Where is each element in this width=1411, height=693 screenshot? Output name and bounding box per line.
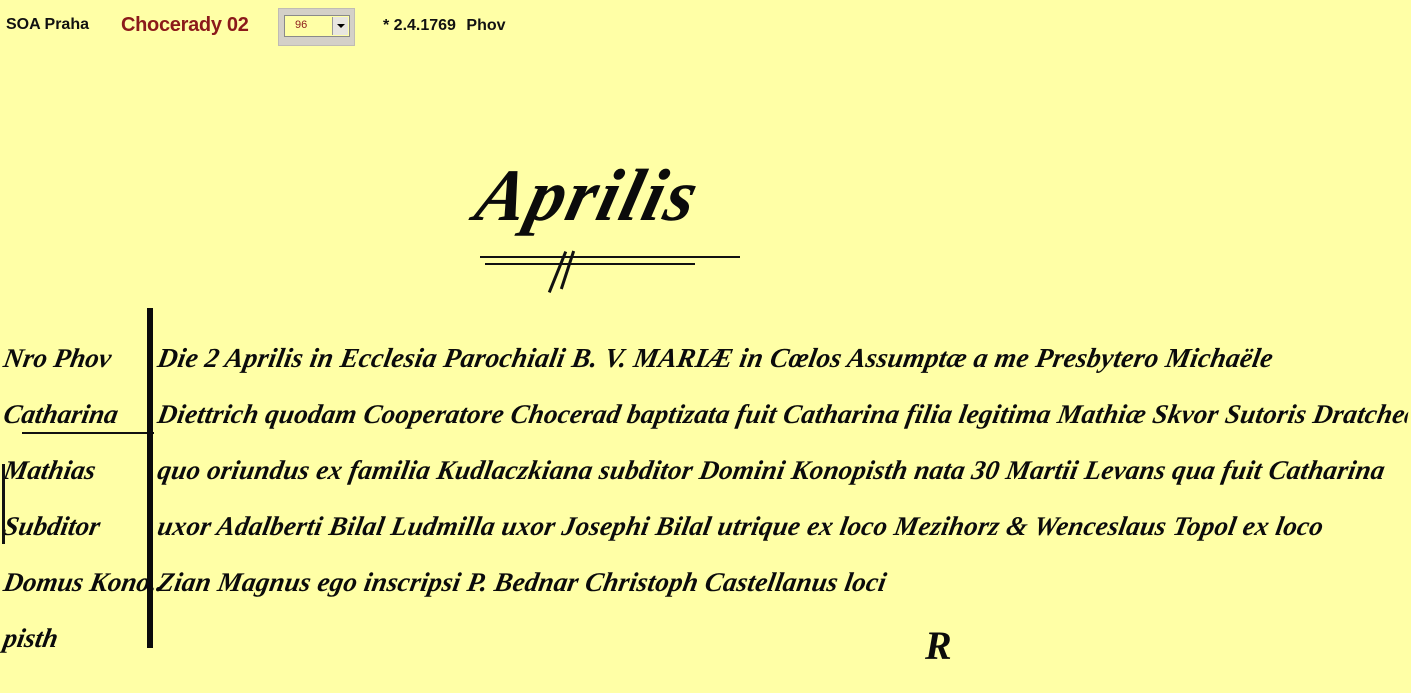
entry-line: Zian Magnus ego inscripsi P. Bednar Chri…	[153, 554, 1411, 610]
column-divider	[147, 308, 153, 648]
margin-bracket	[2, 464, 5, 544]
archive-name: SOA Praha	[6, 16, 89, 34]
margin-note: Domus Kono..	[0, 554, 151, 610]
margin-note: Mathias	[0, 442, 151, 498]
entry-text: Die 2 Aprilis in Ecclesia Parochiali B. …	[158, 330, 1408, 610]
margin-note: Nro Phov	[0, 330, 151, 386]
heading-underline	[480, 256, 740, 258]
record-info: * 2.4.1769 Phov	[383, 17, 506, 35]
record-place: Phov	[466, 17, 505, 34]
record-date: * 2.4.1769	[383, 17, 456, 34]
entry-line: Diettrich quodam Cooperatore Chocerad ba…	[153, 386, 1411, 442]
margin-note: pisth	[0, 610, 151, 666]
entry-line: uxor Adalberti Bilal Ludmilla uxor Josep…	[153, 498, 1411, 554]
margin-underline	[22, 432, 154, 434]
margin-notes: Nro Phov Catharina Mathias Subditor Domu…	[4, 330, 146, 666]
page-select-container: 96	[278, 8, 355, 46]
header-bar: SOA Praha Chocerady 02 96 * 2.4.1769 Pho…	[0, 0, 1411, 54]
margin-note: Subditor	[0, 498, 151, 554]
month-heading: Aprilis	[467, 154, 708, 239]
chevron-down-icon[interactable]	[332, 17, 348, 35]
entry-line: quo oriundus ex familia Kudlaczkiana sub…	[153, 442, 1411, 498]
end-flourish: R	[925, 622, 952, 669]
page-number-value: 96	[295, 19, 307, 31]
manuscript-scan: Aprilis Nro Phov Catharina Mathias Subdi…	[0, 54, 1411, 693]
entry-line: Die 2 Aprilis in Ecclesia Parochiali B. …	[153, 330, 1411, 386]
heading-underline-secondary	[485, 263, 695, 265]
register-title: Chocerady 02	[121, 14, 249, 37]
page-select[interactable]: 96	[284, 15, 350, 37]
